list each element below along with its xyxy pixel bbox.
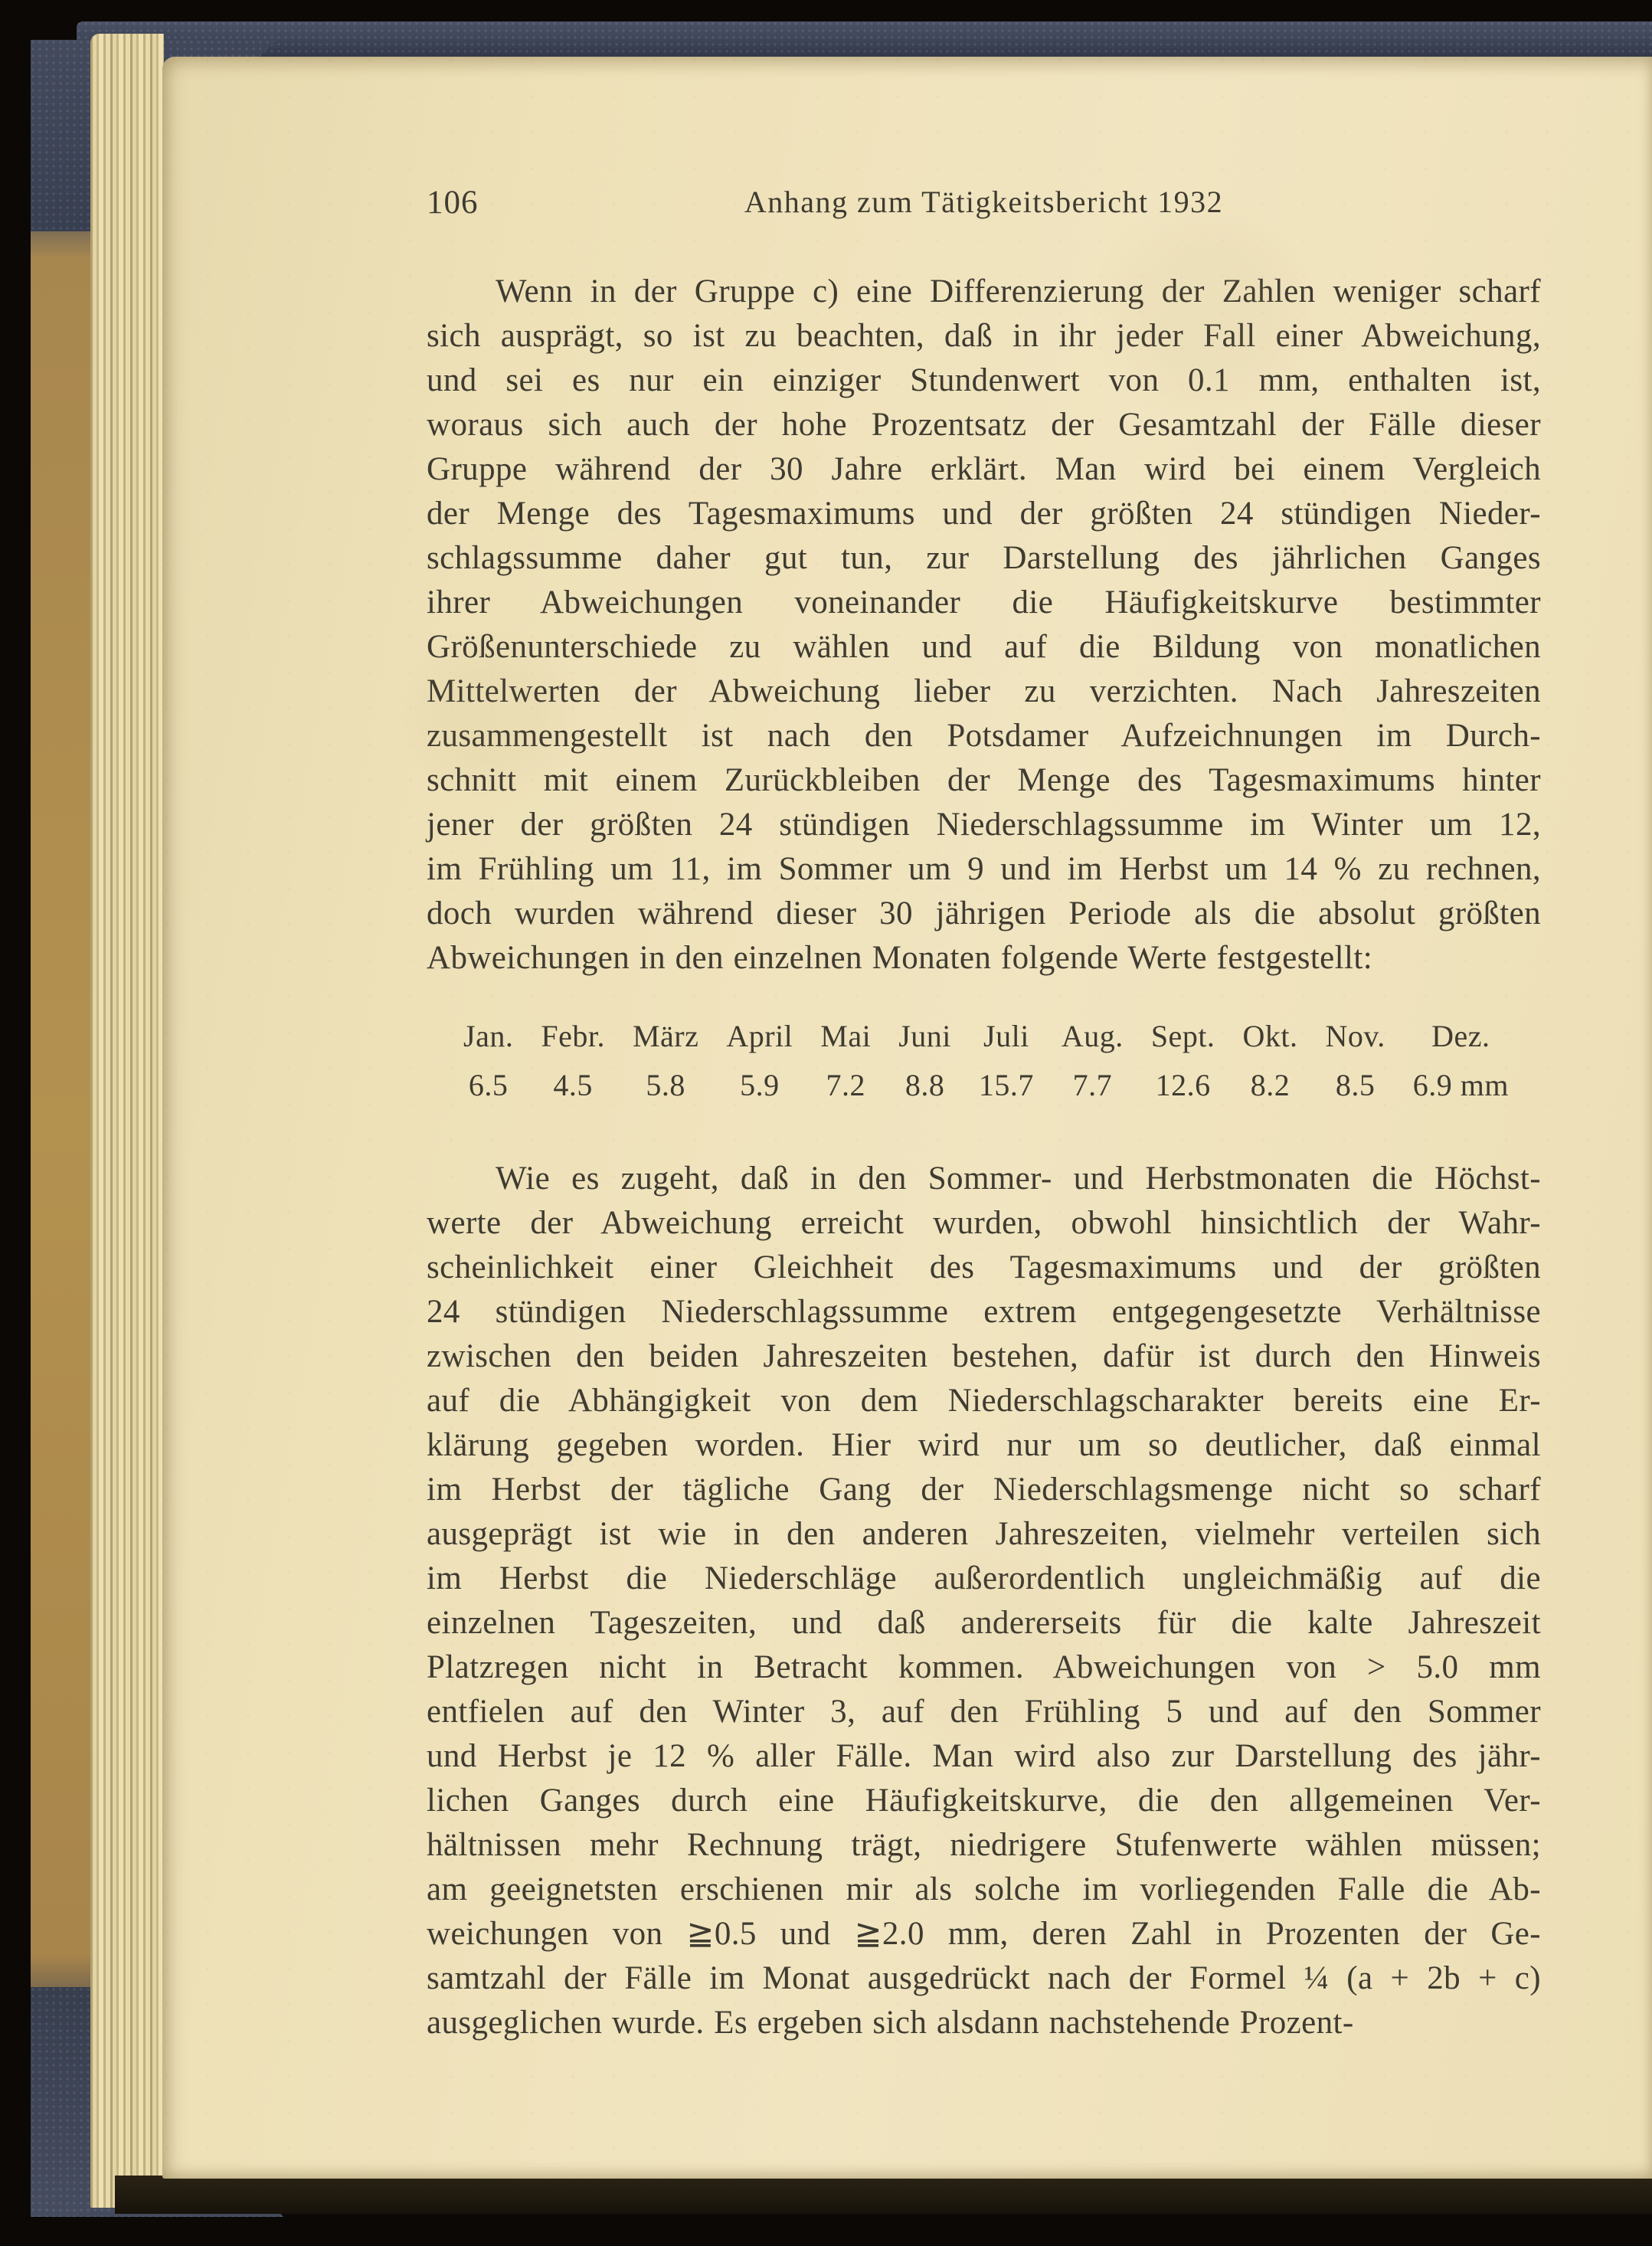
page-number: 106: [427, 184, 479, 221]
monthly-deviation-table: Jan.6.5Febr.4.5März5.8April5.9Mai7.2Juni…: [427, 1016, 1541, 1106]
month-value: 8.5: [1325, 1065, 1385, 1106]
text-line: Größenunterschiede zu wählen und auf die…: [427, 625, 1541, 670]
month-label: Nov.: [1325, 1016, 1385, 1057]
text-line: Wenn in der Gruppe c) eine Differenzieru…: [427, 270, 1541, 314]
text-line: Abweichungen in den einzelnen Monaten fo…: [427, 936, 1541, 981]
text-line: entfielen auf den Winter 3, auf den Früh…: [427, 1690, 1541, 1734]
text-line: Gruppe während der 30 Jahre erklärt. Man…: [427, 447, 1541, 492]
month-column: April5.9: [726, 1016, 793, 1106]
running-title: Anhang zum Tätigkeitsbericht 1932: [427, 184, 1541, 220]
month-column: Okt.8.2: [1242, 1016, 1297, 1106]
month-label: Jan.: [463, 1016, 513, 1057]
month-column: Febr.4.5: [541, 1016, 605, 1106]
text-line: zusammengestellt ist nach den Potsdamer …: [427, 714, 1541, 758]
text-line: hältnissen mehr Rechnung trägt, niedrige…: [427, 1823, 1541, 1868]
text-line: und sei es nur ein einziger Stundenwert …: [427, 359, 1541, 403]
month-value: 8.2: [1242, 1065, 1297, 1106]
text-line: scheinlichkeit einer Gleichheit des Tage…: [427, 1246, 1541, 1290]
text-line: ausgeglichen wurde. Es ergeben sich alsd…: [427, 2001, 1541, 2045]
book-page: 106 Anhang zum Tätigkeitsbericht 1932 We…: [162, 57, 1652, 2179]
text-line: zwischen den beiden Jahreszeiten bestehe…: [427, 1334, 1541, 1379]
text-line: weichungen von ≧0.5 und ≧2.0 mm, deren Z…: [427, 1912, 1541, 1956]
text-line: samtzahl der Fälle im Monat ausgedrückt …: [427, 1956, 1541, 2001]
text-line: jener der größten 24 stündigen Niedersch…: [427, 803, 1541, 847]
text-line: ausgeprägt ist wie in den anderen Jahres…: [427, 1512, 1541, 1557]
page-header: 106 Anhang zum Tätigkeitsbericht 1932: [427, 184, 1541, 228]
month-column: Sept.12.6: [1151, 1016, 1215, 1106]
text-line: Wie es zugeht, daß in den Sommer- und He…: [427, 1157, 1541, 1201]
paragraph-2: Wie es zugeht, daß in den Sommer- und He…: [427, 1157, 1541, 2045]
text-line: Mittelwerten der Abweichung lieber zu ve…: [427, 670, 1541, 714]
text-line: im Frühling um 11, im Sommer um 9 und im…: [427, 847, 1541, 892]
month-value: 6.9 mm: [1413, 1065, 1509, 1106]
text-line: einzelnen Tageszeiten, und daß andererse…: [427, 1601, 1541, 1645]
text-line: werte der Abweichung erreicht wurden, ob…: [427, 1201, 1541, 1246]
month-label: Mai: [820, 1016, 871, 1057]
text-line: auf die Abhängigkeit von dem Niederschla…: [427, 1379, 1541, 1423]
month-label: April: [726, 1016, 793, 1057]
month-label: Febr.: [541, 1016, 605, 1057]
page-bottom-shadow: [115, 2176, 1652, 2214]
month-label: Aug.: [1062, 1016, 1124, 1057]
text-line: der Menge des Tagesmaximums und der größ…: [427, 492, 1541, 536]
page-text-column: 106 Anhang zum Tätigkeitsbericht 1932 We…: [427, 57, 1541, 2045]
month-value: 7.7: [1062, 1065, 1124, 1106]
text-line: schnitt mit einem Zurückbleiben der Meng…: [427, 758, 1541, 803]
month-label: März: [633, 1016, 698, 1057]
text-line: ihrer Abweichungen voneinander die Häufi…: [427, 581, 1541, 625]
month-label: Juli: [979, 1016, 1034, 1057]
text-line: im Herbst der tägliche Gang der Niedersc…: [427, 1468, 1541, 1512]
text-line: doch wurden während dieser 30 jährigen P…: [427, 892, 1541, 936]
month-column: Mai7.2: [820, 1016, 871, 1106]
month-value: 8.8: [898, 1065, 951, 1106]
text-line: lichen Ganges durch eine Häufigkeitskurv…: [427, 1779, 1541, 1823]
text-line: 24 stündigen Niederschlagssumme extrem e…: [427, 1290, 1541, 1334]
month-value: 4.5: [541, 1065, 605, 1106]
month-column: Juli15.7: [979, 1016, 1034, 1106]
month-value: 12.6: [1151, 1065, 1215, 1106]
text-line: schlagssumme daher gut tun, zur Darstell…: [427, 536, 1541, 581]
photo-of-book-page: { "colors": { "paper": "#efe2ba", "ink":…: [0, 0, 1652, 2246]
text-line: im Herbst die Niederschläge außerordentl…: [427, 1557, 1541, 1601]
paragraph-1: Wenn in der Gruppe c) eine Differenzieru…: [427, 270, 1541, 981]
month-label: Sept.: [1151, 1016, 1215, 1057]
month-value: 5.8: [633, 1065, 698, 1106]
month-column: Juni8.8: [898, 1016, 951, 1106]
month-column: Nov.8.5: [1325, 1016, 1385, 1106]
month-value: 5.9: [726, 1065, 793, 1106]
month-column: Jan.6.5: [463, 1016, 513, 1106]
month-column: Dez.6.9 mm: [1413, 1016, 1509, 1106]
month-value: 15.7: [979, 1065, 1034, 1106]
month-label: Okt.: [1242, 1016, 1297, 1057]
text-line: woraus sich auch der hohe Prozentsatz de…: [427, 403, 1541, 447]
book-board-left-edge: [31, 41, 92, 2215]
month-label: Dez.: [1413, 1016, 1509, 1057]
text-line: am geeignetsten erschienen mir als solch…: [427, 1868, 1541, 1912]
text-line: klärung gegeben worden. Hier wird nur um…: [427, 1423, 1541, 1468]
page-stack-edges: [90, 34, 164, 2208]
text-line: sich ausprägt, so ist zu beachten, daß i…: [427, 314, 1541, 359]
text-line: und Herbst je 12 % aller Fälle. Man wird…: [427, 1734, 1541, 1779]
month-value: 6.5: [463, 1065, 513, 1106]
month-column: Aug.7.7: [1062, 1016, 1124, 1106]
month-value: 7.2: [820, 1065, 871, 1106]
month-column: März5.8: [633, 1016, 698, 1106]
month-label: Juni: [898, 1016, 951, 1057]
text-line: Platzregen nicht in Betracht kommen. Abw…: [427, 1645, 1541, 1690]
